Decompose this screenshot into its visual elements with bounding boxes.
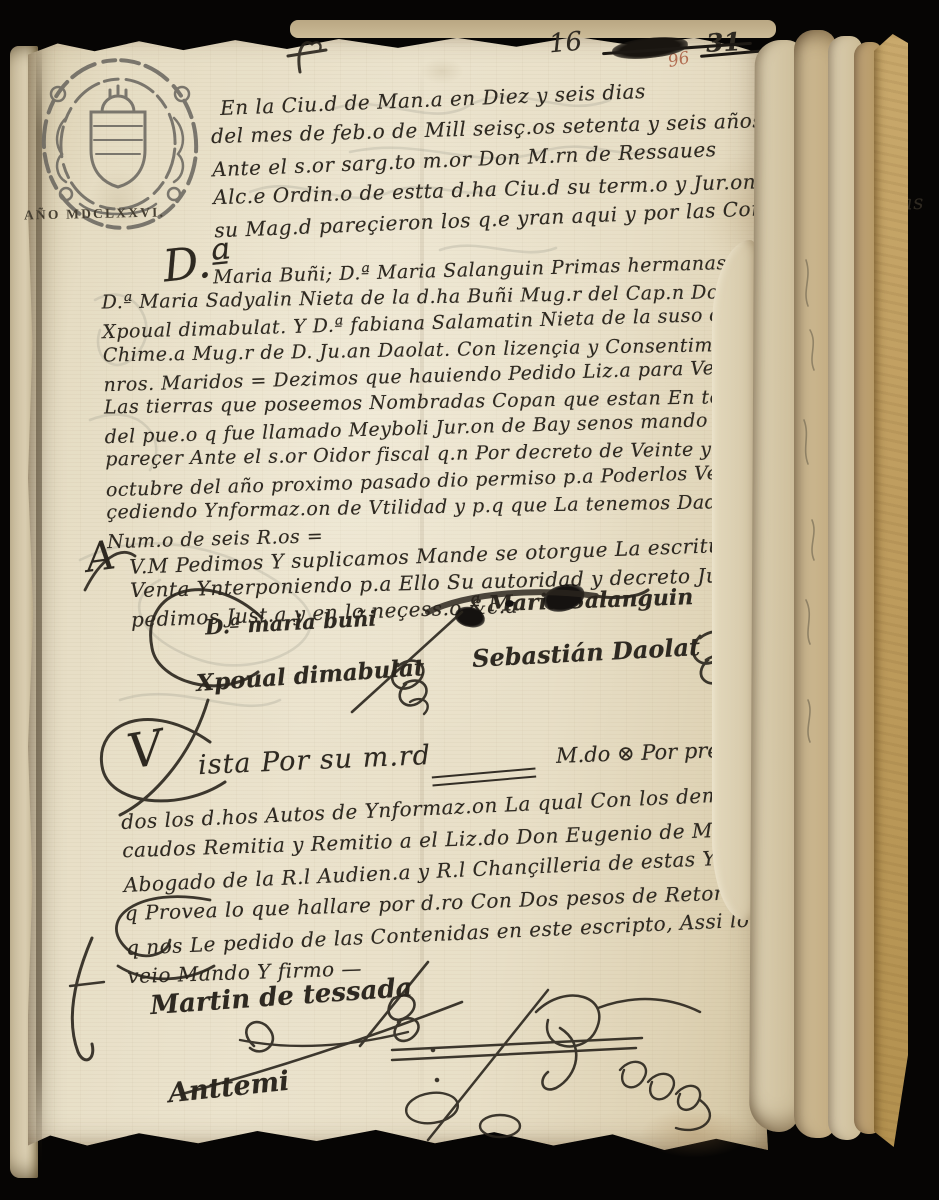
underlying-pages-top-edge	[290, 20, 776, 38]
paper-stain	[88, 168, 148, 238]
year-stamp-label: AÑO MDCLXXVI.	[24, 205, 165, 224]
petition-body-paragraph: Maria Buñi; D.ª Maria Salanguin Primas h…	[101, 251, 767, 554]
photo-backdrop: 16 31 96 AÑO MDCLXXVI. En la Ciu.d de Ma…	[0, 0, 939, 1200]
paper-stain	[640, 1108, 750, 1158]
opening-paragraph: En la Ciu.d de Man.a en Diez y seis dias…	[210, 72, 781, 244]
decree-paragraph: dos los d.hos Autos de Ynformaz.on La qu…	[120, 779, 787, 994]
paragraph-initial: A	[83, 532, 118, 582]
folio-number: 16	[548, 27, 584, 60]
ink-blot	[505, 600, 514, 607]
paper-stain	[420, 58, 464, 84]
